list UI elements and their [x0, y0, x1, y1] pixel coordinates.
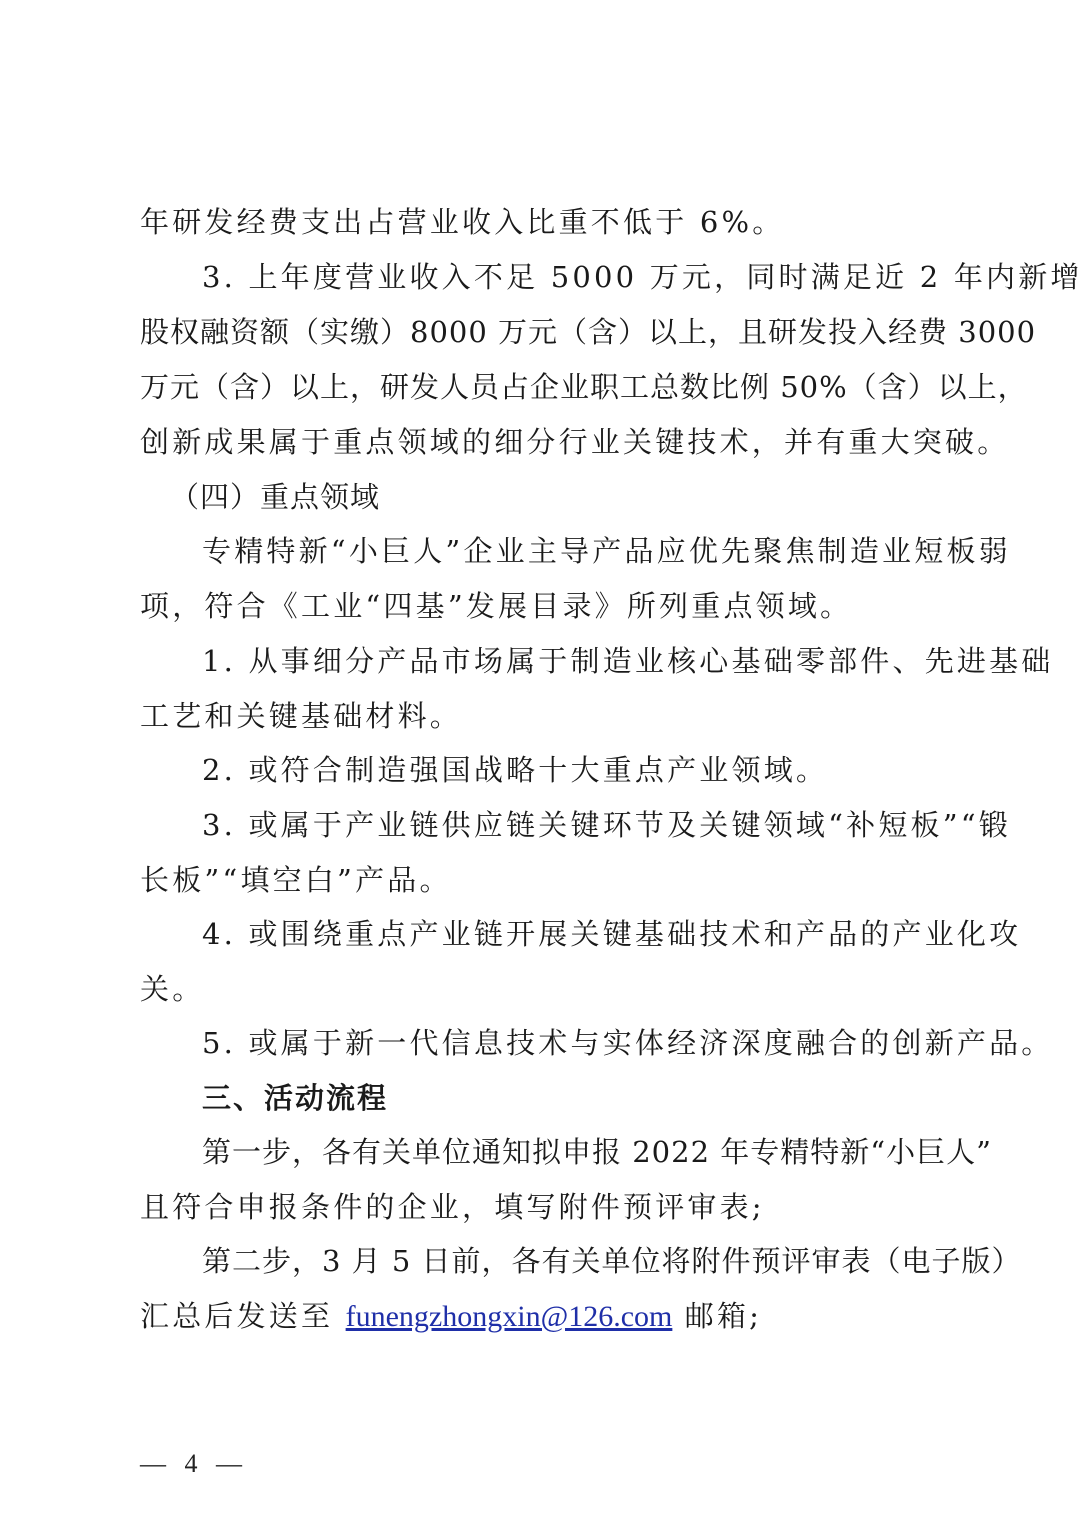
list-item-line: 2. 或符合制造强国战略十大重点产业领域。: [202, 750, 952, 790]
list-item-line: 3. 或属于产业链供应链关键环节及关键领域“补短板”“锻: [202, 805, 952, 845]
step-text-prefix: 汇总后发送至: [140, 1299, 346, 1333]
step-text-suffix: 邮箱;: [672, 1299, 762, 1333]
step-line: 第二步，3 月 5 日前，各有关单位将附件预评审表（电子版）: [202, 1241, 952, 1281]
criterion-3-line: 股权融资额（实缴）8000 万元（含）以上，且研发投入经费 3000: [140, 312, 952, 352]
subsection-heading: （四）重点领域: [170, 477, 952, 517]
criterion-3-line: 万元（含）以上，研发人员占企业职工总数比例 50%（含）以上，: [140, 367, 952, 407]
list-item-line: 长板”“填空白”产品。: [140, 860, 952, 900]
section-heading: 三、活动流程: [202, 1078, 952, 1118]
criterion-3-line: 3. 上年度营业收入不足 5000 万元，同时满足近 2 年内新增: [202, 257, 952, 297]
email-link[interactable]: funengzhongxin@126.com: [346, 1300, 673, 1333]
list-item-line: 1. 从事细分产品市场属于制造业核心基础零部件、先进基础: [202, 641, 952, 681]
step-line: 第一步，各有关单位通知拟申报 2022 年专精特新“小巨人”: [202, 1132, 952, 1172]
step-line: 且符合申报条件的企业，填写附件预评审表;: [140, 1187, 952, 1227]
step-line-with-email: 汇总后发送至 funengzhongxin@126.com 邮箱;: [140, 1296, 952, 1336]
list-item-line: 5. 或属于新一代信息技术与实体经济深度融合的创新产品。: [202, 1023, 952, 1063]
paragraph-line: 年研发经费支出占营业收入比重不低于 6%。: [140, 202, 952, 242]
subsection-intro-line: 专精特新“小巨人”企业主导产品应优先聚焦制造业短板弱: [202, 531, 952, 571]
list-item-line: 关。: [140, 969, 952, 1009]
list-item-line: 工艺和关键基础材料。: [140, 696, 952, 736]
page-number: — 4 —: [140, 1444, 248, 1484]
subsection-intro-line: 项，符合《工业“四基”发展目录》所列重点领域。: [140, 586, 952, 626]
criterion-3-line: 创新成果属于重点领域的细分行业关键技术，并有重大突破。: [140, 422, 952, 462]
document-page: 年研发经费支出占营业收入比重不低于 6%。 3. 上年度营业收入不足 5000 …: [0, 0, 1080, 1527]
list-item-line: 4. 或围绕重点产业链开展关键基础技术和产品的产业化攻: [202, 914, 952, 954]
